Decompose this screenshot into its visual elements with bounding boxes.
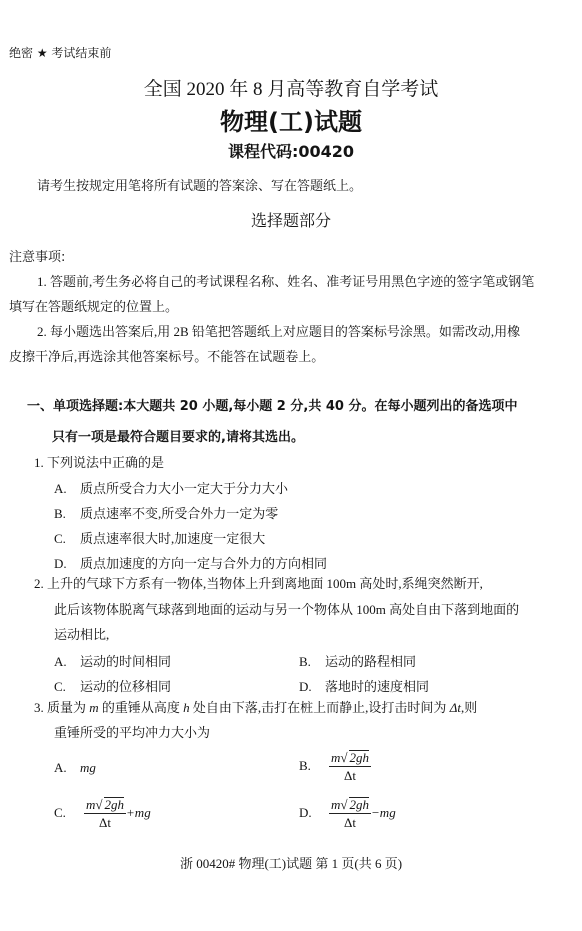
denominator: Δt bbox=[329, 814, 371, 829]
radicand: 2gh bbox=[104, 797, 125, 811]
option-c: C.质点速率很大时,加速度一定很大 bbox=[54, 528, 265, 547]
option-b: B.质点速率不变,所受合外力一定为零 bbox=[54, 503, 278, 522]
option-text: 运动的路程相同 bbox=[325, 654, 416, 669]
option-label: B. bbox=[54, 506, 80, 522]
radicand: 2gh bbox=[349, 797, 370, 811]
option-label: D. bbox=[299, 679, 325, 695]
note-1-line-1: 1. 答题前,考生务必将自己的考试课程名称、姓名、准考证号用黑色字迹的签字笔或钢… bbox=[37, 271, 534, 290]
option-text: 质点速率不变,所受合外力一定为零 bbox=[80, 506, 278, 521]
option-b: B.m√2ghΔt bbox=[299, 750, 371, 782]
page-footer: 浙 00420# 物理(工)试题 第 1 页(共 6 页) bbox=[0, 853, 582, 872]
variable-m: m bbox=[89, 700, 98, 715]
part-heading-line-1: 一、单项选择题:本大题共 20 小题,每小题 2 分,共 40 分。在每小题列出… bbox=[27, 395, 517, 414]
stem-text: ,则 bbox=[461, 700, 477, 715]
part-heading-line-2: 只有一项是最符合题目要求的,请将其选出。 bbox=[52, 426, 304, 445]
note-1-line-2: 填写在答题纸规定的位置上。 bbox=[9, 296, 178, 315]
option-d: D.质点加速度的方向一定与合外力的方向相同 bbox=[54, 553, 327, 572]
suffix-term: +mg bbox=[126, 805, 151, 820]
confidential-mark: 绝密 ★ 考试结束前 bbox=[9, 44, 111, 61]
answer-instruction: 请考生按规定用笔将所有试题的答案涂、写在答题纸上。 bbox=[37, 175, 362, 194]
numerator-m: m bbox=[86, 797, 95, 812]
option-label: C. bbox=[54, 679, 80, 695]
question-stem-line-1: 2. 上升的气球下方系有一物体,当物体上升到离地面 100m 高处时,系绳突然断… bbox=[34, 573, 483, 592]
suffix-term: −mg bbox=[371, 805, 396, 820]
denominator: Δt bbox=[329, 767, 371, 782]
option-label: B. bbox=[299, 654, 325, 670]
question-stem-line-2: 此后该物体脱离气球落到地面的运动与另一个物体从 100m 高处自由下落到地面的 bbox=[54, 599, 519, 618]
sqrt-icon: √ bbox=[95, 797, 102, 812]
stem-text: 处自由下落,击打在桩上而静止,设打击时间为 bbox=[190, 700, 450, 715]
sqrt-icon: √ bbox=[340, 797, 347, 812]
question-stem: 1. 下列说法中正确的是 bbox=[34, 452, 164, 471]
option-label: B. bbox=[299, 758, 329, 774]
fraction: m√2ghΔt bbox=[329, 750, 371, 782]
option-label: A. bbox=[54, 481, 80, 497]
sqrt-icon: √ bbox=[340, 750, 347, 765]
question-stem-line-2: 重锤所受的平均冲力大小为 bbox=[54, 722, 210, 741]
option-a: A.质点所受合力大小一定大于分力大小 bbox=[54, 478, 288, 497]
option-b: B.运动的路程相同 bbox=[299, 651, 416, 670]
stem-text: 的重锤从高度 bbox=[99, 700, 184, 715]
denominator: Δt bbox=[84, 814, 126, 829]
exam-title: 全国 2020 年 8 月高等教育自学考试 bbox=[0, 74, 582, 101]
radicand: 2gh bbox=[349, 750, 370, 764]
option-c: C.运动的位移相同 bbox=[54, 676, 171, 695]
notes-heading: 注意事项: bbox=[9, 246, 65, 265]
option-text: 质点所受合力大小一定大于分力大小 bbox=[80, 481, 288, 496]
option-d: D.落地时的速度相同 bbox=[299, 676, 429, 695]
option-d: D.m√2ghΔt−mg bbox=[299, 797, 396, 829]
option-label: A. bbox=[54, 654, 80, 670]
option-label: D. bbox=[54, 556, 80, 572]
course-code: 课程代码:00420 bbox=[0, 139, 582, 162]
option-text: 运动的位移相同 bbox=[80, 679, 171, 694]
option-label: C. bbox=[54, 531, 80, 547]
question-stem-line-1: 3. 质量为 m 的重锤从高度 h 处自由下落,击打在桩上而静止,设打击时间为 … bbox=[34, 697, 477, 716]
option-text: 运动的时间相同 bbox=[80, 654, 171, 669]
note-2-line-2: 皮擦干净后,再选涂其他答案标号。不能答在试题卷上。 bbox=[9, 346, 324, 365]
option-a: A.mg bbox=[54, 760, 96, 776]
option-text: 质点加速度的方向一定与合外力的方向相同 bbox=[80, 556, 327, 571]
fraction: m√2ghΔt bbox=[329, 797, 371, 829]
stem-text: 3. 质量为 bbox=[34, 700, 89, 715]
option-text: 落地时的速度相同 bbox=[325, 679, 429, 694]
section-title: 选择题部分 bbox=[0, 208, 582, 231]
option-text: 质点速率很大时,加速度一定很大 bbox=[80, 531, 265, 546]
option-label: D. bbox=[299, 805, 329, 821]
option-expression: mg bbox=[80, 760, 96, 775]
fraction: m√2ghΔt bbox=[84, 797, 126, 829]
option-a: A.运动的时间相同 bbox=[54, 651, 171, 670]
numerator-m: m bbox=[331, 797, 340, 812]
variable-delta-t: Δt bbox=[450, 700, 461, 715]
option-c: C.m√2ghΔt+mg bbox=[54, 797, 151, 829]
option-label: A. bbox=[54, 760, 80, 776]
note-2-line-1: 2. 每小题选出答案后,用 2B 铅笔把答题纸上对应题目的答案标号涂黑。如需改动… bbox=[37, 321, 520, 340]
subject-title: 物理(工)试题 bbox=[0, 102, 582, 137]
option-label: C. bbox=[54, 805, 84, 821]
question-stem-line-3: 运动相比, bbox=[54, 624, 109, 643]
numerator-m: m bbox=[331, 750, 340, 765]
